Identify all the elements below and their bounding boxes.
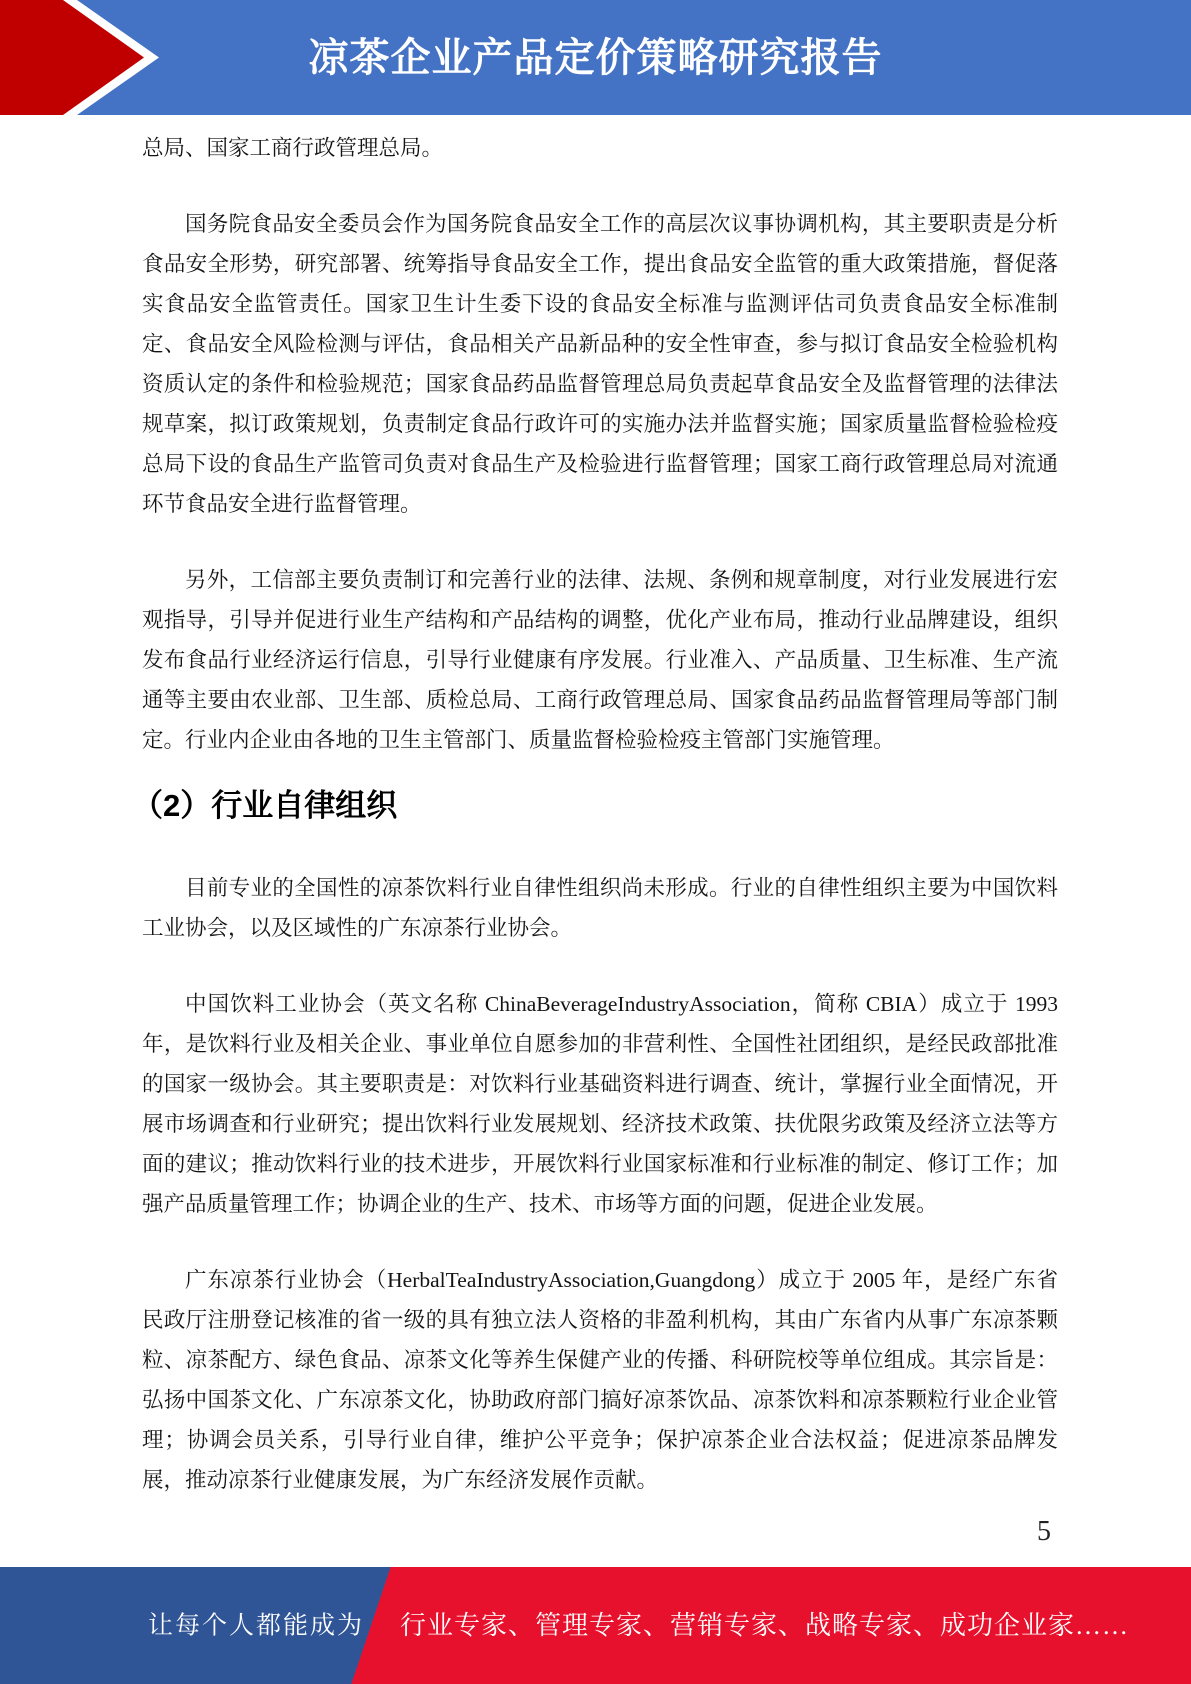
section-heading: （2）行业自律组织: [132, 784, 1058, 828]
footer-slogan-left: 让每个人都能成为: [148, 1613, 364, 1638]
paragraph-self-regulation-intro: 目前专业的全国性的凉茶饮料行业自律性组织尚未形成。行业的自律性组织主要为中国饮料…: [142, 868, 1058, 948]
paragraph-miit-regulation: 另外，工信部主要负责制订和完善行业的法律、法规、条例和规章制度，对行业发展进行宏…: [142, 560, 1058, 760]
header-title: 凉茶企业产品定价策略研究报告: [0, 38, 1191, 78]
content: 总局、国家工商行政管理总局。 国务院食品安全委员会作为国务院食品安全工作的高层次…: [142, 115, 1058, 1500]
paragraph-cbia: 中国饮料工业协会（英文名称 ChinaBeverageIndustryAssoc…: [142, 984, 1058, 1224]
page-number: 5: [1037, 1518, 1051, 1546]
page-header: 凉茶企业产品定价策略研究报告: [0, 0, 1191, 115]
paragraph-food-safety-committee: 国务院食品安全委员会作为国务院食品安全工作的高层次议事协调机构，其主要职责是分析…: [142, 204, 1058, 524]
paragraph-continuation: 总局、国家工商行政管理总局。: [142, 128, 1058, 168]
paragraph-guangdong-association: 广东凉茶行业协会（HerbalTeaIndustryAssociation,Gu…: [142, 1260, 1058, 1500]
footer-slogan-right: 行业专家、管理专家、营销专家、战略专家、成功企业家……: [400, 1613, 1129, 1639]
report-page: 凉茶企业产品定价策略研究报告 总局、国家工商行政管理总局。 国务院食品安全委员会…: [0, 0, 1191, 1684]
page-footer: 让每个人都能成为 行业专家、管理专家、营销专家、战略专家、成功企业家……: [0, 1567, 1191, 1684]
